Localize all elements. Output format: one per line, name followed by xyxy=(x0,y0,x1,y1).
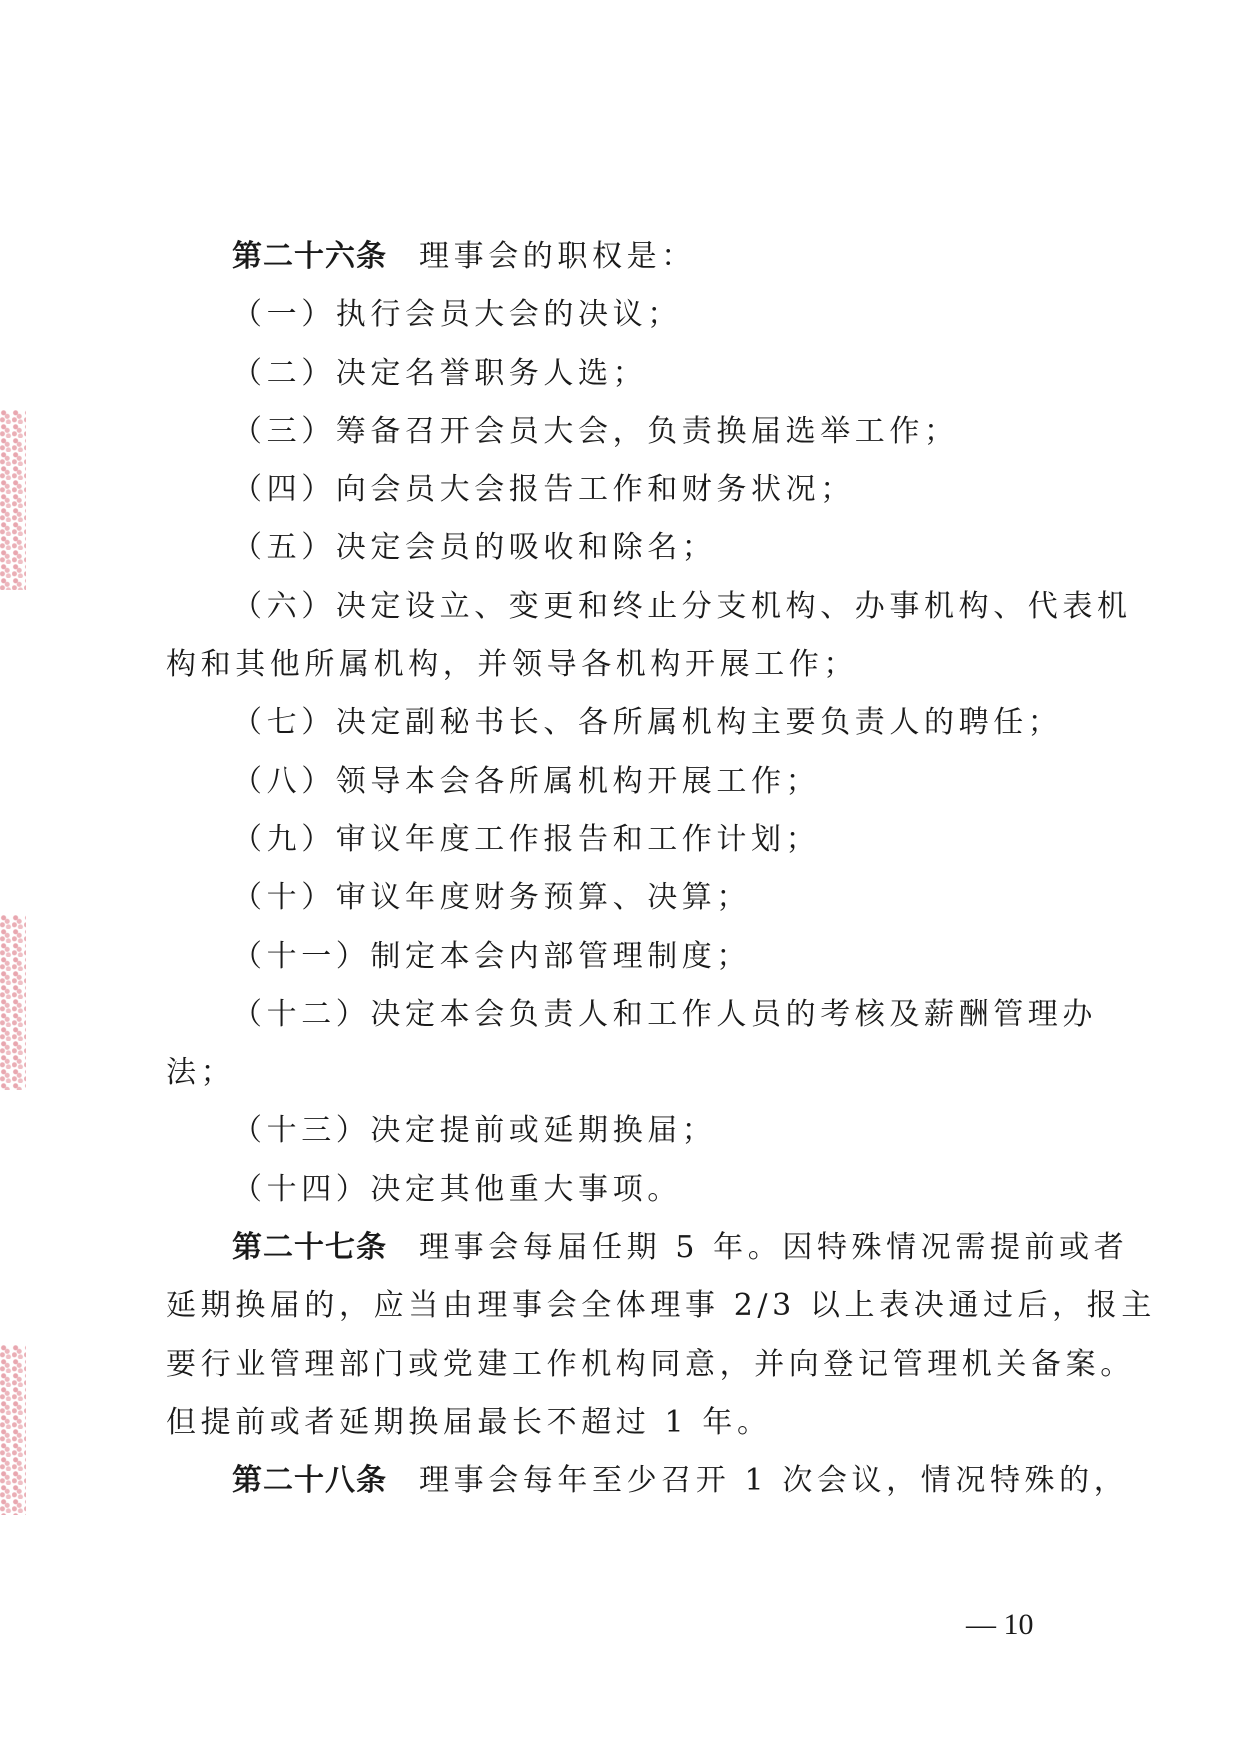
clause-item: （九）审议年度工作报告和工作计划； xyxy=(166,811,1096,869)
clause-item: （十四）决定其他重大事项。 xyxy=(166,1161,1096,1219)
clause-item: （十）审议年度财务预算、决算； xyxy=(166,869,1096,927)
article-27-heading: 第二十七条理事会每届任期 5 年。因特殊情况需提前或者 xyxy=(166,1219,1096,1277)
seal-stamp-mark xyxy=(0,1345,26,1515)
clause-item: （六）决定设立、变更和终止分支机构、办事机构、代表机 xyxy=(166,578,1096,636)
clause-item: （十一）制定本会内部管理制度； xyxy=(166,928,1096,986)
document-page: 第二十六条理事会的职权是： （一）执行会员大会的决议； （二）决定名誉职务人选；… xyxy=(0,0,1240,1754)
article-text-continuation: 要行业管理部门或党建工作机构同意，并向登记管理机关备案。 xyxy=(166,1336,1096,1394)
seal-stamp-mark xyxy=(0,410,26,590)
article-number: 第二十六条 xyxy=(232,239,387,274)
article-number: 第二十八条 xyxy=(232,1463,387,1498)
clause-item: （十三）决定提前或延期换届； xyxy=(166,1102,1096,1160)
clause-item: （五）决定会员的吸收和除名； xyxy=(166,519,1096,577)
clause-item: （八）领导本会各所属机构开展工作； xyxy=(166,753,1096,811)
clause-item: （七）决定副秘书长、各所属机构主要负责人的聘任； xyxy=(166,694,1096,752)
document-body: 第二十六条理事会的职权是： （一）执行会员大会的决议； （二）决定名誉职务人选；… xyxy=(166,228,1096,1511)
article-28-heading: 第二十八条理事会每年至少召开 1 次会议，情况特殊的， xyxy=(166,1452,1096,1510)
page-number: — 10 xyxy=(966,1608,1034,1642)
article-text-continuation: 延期换届的，应当由理事会全体理事 2/3 以上表决通过后，报主 xyxy=(166,1277,1096,1335)
article-26-heading: 第二十六条理事会的职权是： xyxy=(166,228,1096,286)
clause-item: （四）向会员大会报告工作和财务状况； xyxy=(166,461,1096,519)
article-text-continuation: 但提前或者延期换届最长不超过 1 年。 xyxy=(166,1394,1096,1452)
seal-stamp-mark xyxy=(0,915,26,1090)
article-text: 理事会每年至少召开 1 次会议，情况特殊的， xyxy=(419,1463,1128,1498)
article-text: 理事会的职权是： xyxy=(419,239,696,274)
clause-item: （三）筹备召开会员大会，负责换届选举工作； xyxy=(166,403,1096,461)
article-number: 第二十七条 xyxy=(232,1230,387,1265)
clause-item: （十二）决定本会负责人和工作人员的考核及薪酬管理办 xyxy=(166,986,1096,1044)
clause-item-continuation: 法； xyxy=(166,1044,1096,1102)
clause-item-continuation: 构和其他所属机构，并领导各机构开展工作； xyxy=(166,636,1096,694)
clause-item: （一）执行会员大会的决议； xyxy=(166,286,1096,344)
clause-item: （二）决定名誉职务人选； xyxy=(166,345,1096,403)
article-text: 理事会每届任期 5 年。因特殊情况需提前或者 xyxy=(419,1230,1128,1265)
